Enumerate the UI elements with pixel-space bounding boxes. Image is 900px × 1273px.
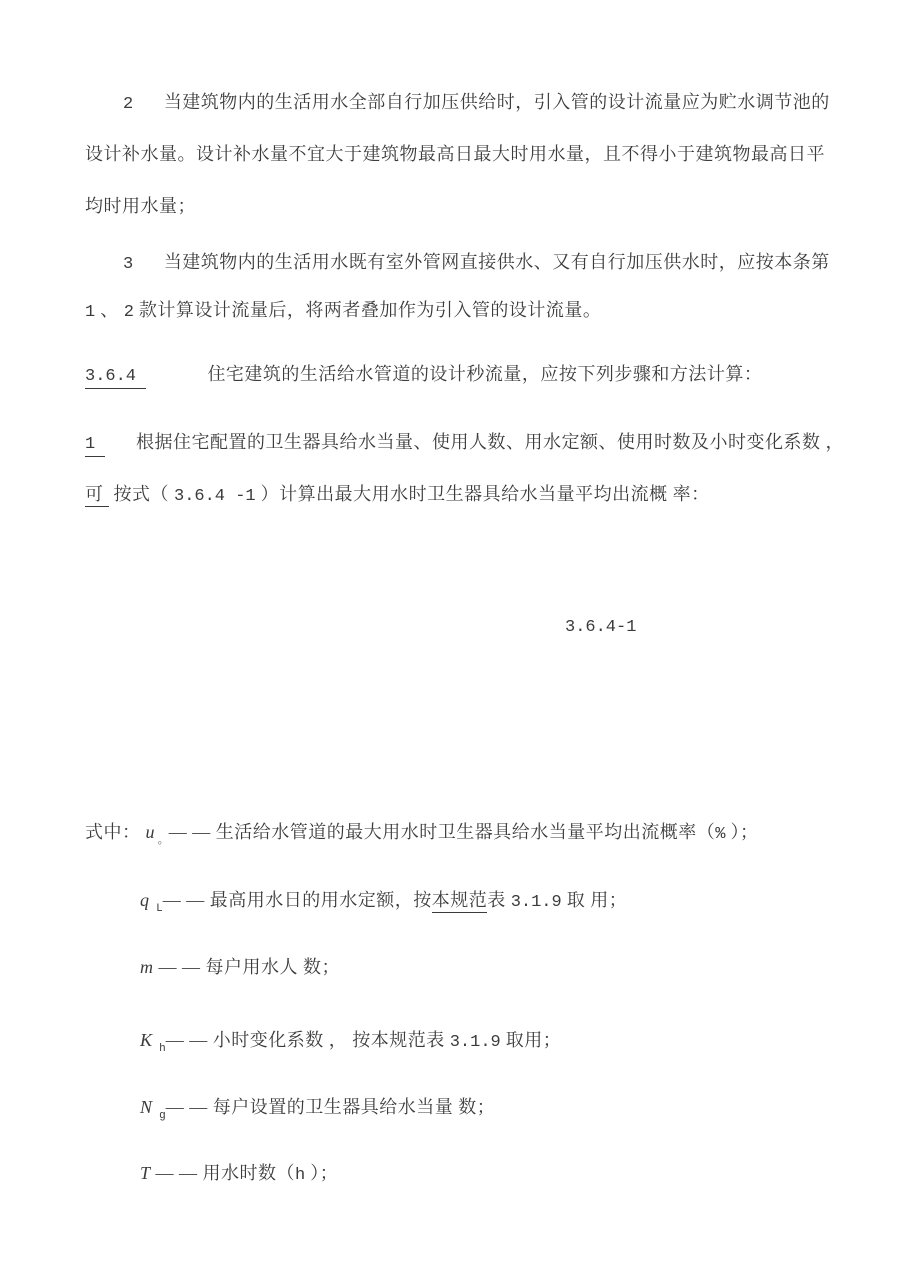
equation-number-label: 3.6.4-1 (565, 613, 636, 640)
symbol-definition-T: T — — 用水时数（h ）； (140, 1161, 338, 1188)
symbol-definition-Kh: K h— — 小时变化系数 ， 按本规范表 3.1.9 取用； (140, 1028, 561, 1061)
clause-3-line-2: 1 、 2 款计算设计流量后，将两者叠加作为引入管的设计流量。 (85, 298, 601, 325)
symbol-definition-m: m — — 每户用水人 数； (140, 955, 340, 979)
clause-2-line-3: 均时用水量； (85, 194, 196, 218)
clause-2-line-1: 2 当建筑物内的生活用水全部自行加压供给时，引入管的设计流量应为贮水调节池的 (123, 90, 830, 117)
clause-2-line-2: 设计补水量。设计补水量不宜大于建筑物最高日最大时用水量，且不得小于建筑物最高日平 (85, 142, 825, 166)
clause-3-line-1: 3 当建筑物内的生活用水既有室外管网直接供水、又有自行加压供水时，应按本条第 (123, 250, 830, 277)
symbol-definition-Ng: N g— — 每户设置的卫生器具给水当量 数； (140, 1095, 495, 1128)
symbol-definition-u0: 式中： u 。— — 生活给水管道的最大用水时卫生器具给水当量平均出流概率（% … (85, 820, 758, 852)
step-1-line-2: 可 按式（ 3.6.4 -1 ）计算出最大用水时卫生器具给水当量平均出流概 率： (85, 482, 710, 509)
section-3-6-4-heading: 3.6.4 住宅建筑的生活给水管道的设计秒流量，应按下列步骤和方法计算： (85, 362, 762, 389)
document-page: 2 当建筑物内的生活用水全部自行加压供给时，引入管的设计流量应为贮水调节池的 设… (0, 0, 900, 1273)
symbol-definition-qL: q L— — 最高用水日的用水定额，按本规范表 3.1.9 取 用； (140, 888, 627, 921)
step-1-line-1: 1 根据住宅配置的卫生器具给水当量、使用人数、用水定额、使用时数及小时变化系数 … (85, 430, 844, 457)
